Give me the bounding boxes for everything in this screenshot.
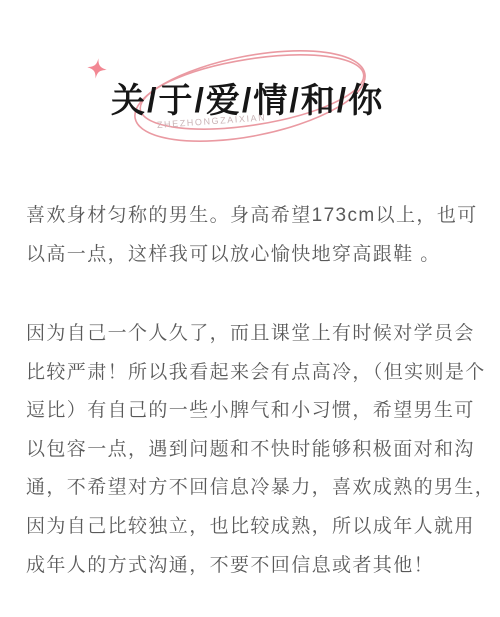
text-line: 比较严肃！所以我看起来会有点高冷，（但实则是个 xyxy=(26,354,486,393)
text-line: 因为自己一个人久了，而且课堂上有时候对学员会 xyxy=(26,315,486,354)
paragraph: 喜欢身材匀称的男生。身高希望173cm以上，也可 以高一点，这样我可以放心愉快地… xyxy=(26,197,486,274)
text-line: 喜欢身材匀称的男生。身高希望173cm以上，也可 xyxy=(26,197,486,236)
text-line: 以包容一点，遇到问题和不快时能够积极面对和沟 xyxy=(26,431,486,470)
text-line: 因为自己比较独立，也比较成熟，所以成年人就用 xyxy=(26,508,486,547)
header: 关/于/爱/情/和/你 ZHEZHONGZAIXIAN xyxy=(0,0,500,165)
text-line: 成年人的方式沟通，不要不回信息或者其他！ xyxy=(26,547,486,586)
text-line: 以高一点，这样我可以放心愉快地穿高跟鞋 。 xyxy=(26,236,486,275)
text-line: 通，不希望对方不回信息冷暴力，喜欢成熟的男生， xyxy=(26,469,486,508)
sparkle-icon xyxy=(84,56,110,82)
paragraph: 因为自己一个人久了，而且课堂上有时候对学员会 比较严肃！所以我看起来会有点高冷，… xyxy=(26,315,486,585)
text-line: 逗比）有自己的一些小脾气和小习惯，希望男生可 xyxy=(26,392,486,431)
post-image: { "page": { "background_color": "#ffffff… xyxy=(0,0,500,617)
